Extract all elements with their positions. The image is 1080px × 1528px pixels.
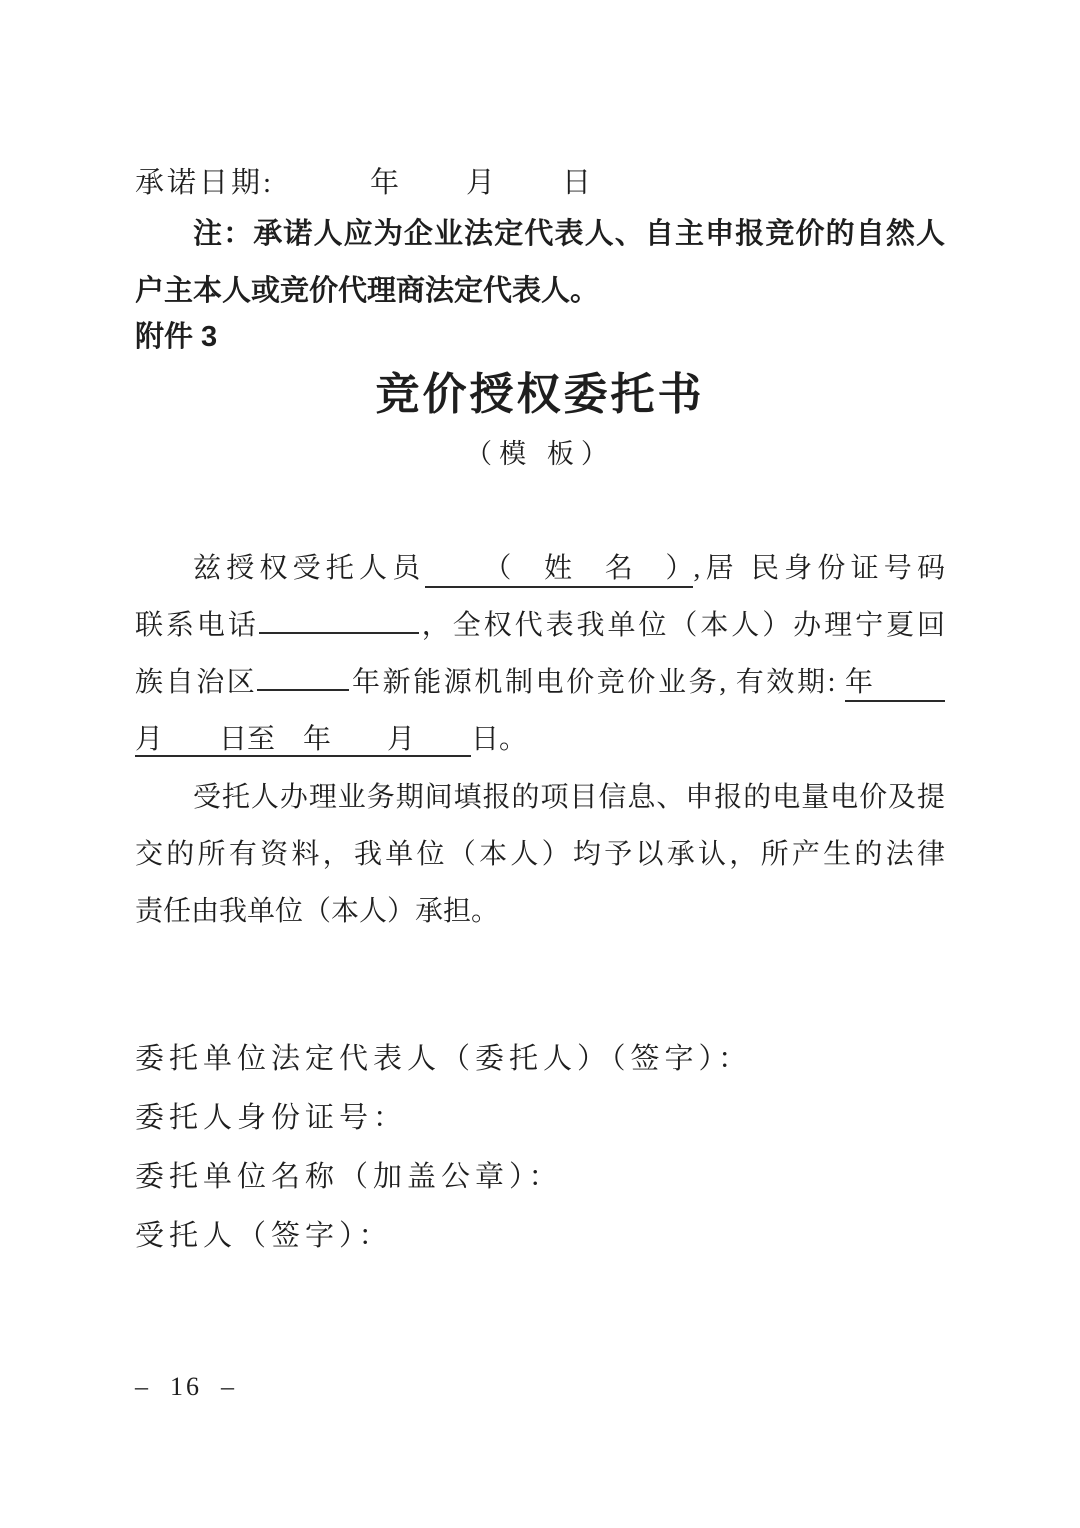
document-title: 竞价授权委托书 bbox=[135, 358, 945, 422]
body-line-4: 月 日至 年 月 日。 bbox=[135, 711, 945, 768]
commitment-date-line: 承诺日期: 年 月 日 bbox=[135, 160, 594, 201]
note-line-2: 户主本人或竞价代理商法定代表人。 bbox=[135, 263, 945, 320]
body-line-2: 联系电话，全权代表我单位（本人）办理宁夏回 bbox=[135, 597, 945, 654]
signature-line-principal: 委托单位法定代表人（委托人）（签字）： bbox=[135, 1030, 945, 1089]
liability-line-1: 受托人办理业务期间填报的项目信息、申报的电量电价及提 bbox=[135, 769, 945, 826]
authorization-paragraph: 兹授权受托人员（ 姓 名 ）,居 民身份证号码 联系电话，全权代表我单位（本人）… bbox=[135, 540, 945, 768]
body-line-3-mid: 年新能源机制电价竞价业务, 有效期: bbox=[349, 667, 845, 698]
phone-blank bbox=[259, 632, 419, 634]
validity-date-blank: 月 日至 年 月 bbox=[135, 724, 471, 757]
body-line-1-tail: ,居 民身份证号码 bbox=[693, 553, 945, 584]
signature-block: 委托单位法定代表人（委托人）（签字）： 委托人身份证号： 委托单位名称（加盖公章… bbox=[135, 1030, 945, 1266]
phone-label: 联系电话 bbox=[135, 610, 259, 641]
liability-paragraph: 受托人办理业务期间填报的项目信息、申报的电量电价及提 交的所有资料，我单位（本人… bbox=[135, 769, 945, 940]
liability-line-3: 责任由我单位（本人）承担。 bbox=[135, 883, 945, 940]
document-subtitle: （模 板） bbox=[135, 432, 945, 471]
region-text: 族自治区 bbox=[135, 667, 257, 698]
note-line-1: 注：承诺人应为企业法定代表人、自主申报竞价的自然人 bbox=[135, 206, 945, 263]
year-blank bbox=[257, 689, 349, 691]
liability-line-2: 交的所有资料，我单位（本人）均予以承认，所产生的法律 bbox=[135, 826, 945, 883]
signature-line-unit-seal: 委托单位名称（加盖公章）： bbox=[135, 1148, 945, 1207]
body-line-1: 兹授权受托人员（ 姓 名 ）,居 民身份证号码 bbox=[135, 540, 945, 597]
note-paragraph: 注：承诺人应为企业法定代表人、自主申报竞价的自然人 户主本人或竞价代理商法定代表… bbox=[135, 206, 945, 320]
validity-year-blank: 年 bbox=[845, 666, 945, 702]
validity-year-label: 年 bbox=[845, 667, 873, 698]
page-number: – 16 – bbox=[135, 1372, 237, 1402]
body-line-3: 族自治区年新能源机制电价竞价业务, 有效期: 年 bbox=[135, 654, 945, 711]
body-line-2-tail: ，全权代表我单位（本人）办理宁夏回 bbox=[419, 610, 945, 641]
name-placeholder: （ 姓 名 ） bbox=[483, 553, 693, 584]
signature-line-id-number: 委托人身份证号： bbox=[135, 1089, 945, 1148]
attachment-label: 附件 3 bbox=[135, 314, 217, 355]
signature-line-trustee: 受托人（签字）： bbox=[135, 1207, 945, 1266]
document-page: 承诺日期: 年 月 日 注：承诺人应为企业法定代表人、自主申报竞价的自然人 户主… bbox=[0, 0, 1080, 1528]
body-line-1-text: 兹授权受托人员 bbox=[193, 553, 425, 584]
body-line-4-tail: 日。 bbox=[471, 724, 527, 755]
trustee-name-blank: （ 姓 名 ） bbox=[425, 552, 693, 588]
